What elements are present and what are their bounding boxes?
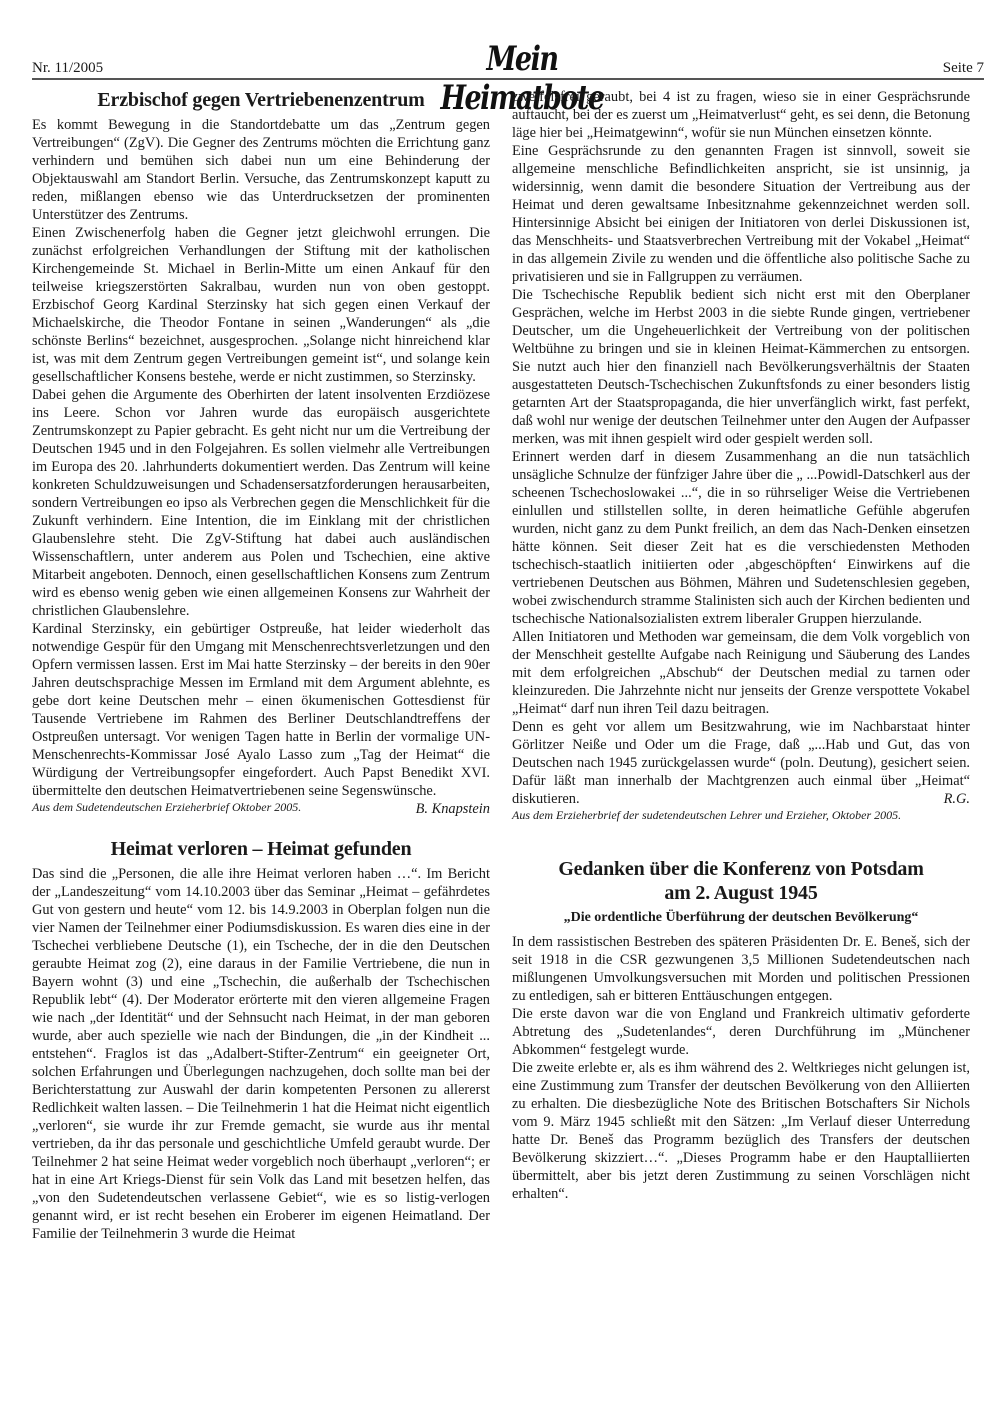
title-line: Gedanken über die Konferenz von Potsdam — [558, 858, 923, 880]
article-erzbischof: Erzbischof gegen Vertriebenenzentrum Es … — [32, 88, 490, 815]
paragraph: Eine Gesprächsrunde zu den genannten Fra… — [512, 142, 970, 286]
page-number: Seite 7 — [943, 60, 984, 77]
column-left: Erzbischof gegen Vertriebenenzentrum Es … — [32, 88, 490, 1243]
paragraph: Denn es geht vor allem um Besitzwahrung,… — [512, 718, 970, 808]
paragraph: Die zweite erlebte er, als es ihm währen… — [512, 1059, 970, 1203]
author-signature: B. Knapstein — [416, 800, 490, 818]
paragraph: zweifelsfrei geraubt, bei 4 ist zu frage… — [512, 88, 970, 142]
column-right: zweifelsfrei geraubt, bei 4 ist zu frage… — [512, 88, 970, 1203]
paragraph: Das sind die „Personen, die alle ihre He… — [32, 865, 490, 1243]
article-heimat-verloren: Heimat verloren – Heimat gefunden Das si… — [32, 837, 490, 1243]
article-potsdam: Gedanken über die Konferenz von Potsdama… — [512, 857, 970, 1203]
paragraph: Es kommt Bewegung in die Standortdebatte… — [32, 116, 490, 224]
article-heimat-verloren-continued: zweifelsfrei geraubt, bei 4 ist zu frage… — [512, 88, 970, 823]
paragraph: Die erste davon war die von England und … — [512, 1005, 970, 1059]
article-title: Heimat verloren – Heimat gefunden — [32, 837, 490, 861]
spacer — [32, 815, 490, 837]
paragraph: Erinnert werden darf in diesem Zusammenh… — [512, 448, 970, 628]
spacer — [512, 823, 970, 857]
header-rule — [32, 78, 984, 80]
article-title: Erzbischof gegen Vertriebenenzentrum — [32, 88, 490, 112]
page-header: Nr. 11/2005 Mein Heimatbote Seite 7 — [32, 40, 984, 78]
paragraph: Dabei gehen die Argumente des Oberhirten… — [32, 386, 490, 620]
paragraph: Die Tschechische Republik bedient sich n… — [512, 286, 970, 448]
paragraph: Kardinal Sterzinsky, ein gebürtiger Ostp… — [32, 620, 490, 800]
author-signature: R.G. — [944, 790, 970, 808]
paragraph-text: Kardinal Sterzinsky, ein gebürtiger Ostp… — [32, 621, 490, 799]
article-title: Gedanken über die Konferenz von Potsdama… — [512, 857, 970, 905]
issue-number: Nr. 11/2005 — [32, 60, 103, 77]
paragraph: Einen Zwischenerfolg haben die Gegner je… — [32, 224, 490, 386]
title-line: am 2. August 1945 — [664, 882, 817, 904]
paragraph-text: Denn es geht vor allem um Besitzwahrung,… — [512, 719, 970, 807]
paragraph: Allen Initiatoren und Methoden war gemei… — [512, 628, 970, 718]
paragraph: In dem rassistischen Bestreben des späte… — [512, 933, 970, 1005]
source-note: Aus dem Erzieherbrief der sudetendeutsch… — [512, 808, 970, 823]
article-subtitle: „Die ordentliche Überführung der deutsch… — [512, 909, 970, 927]
